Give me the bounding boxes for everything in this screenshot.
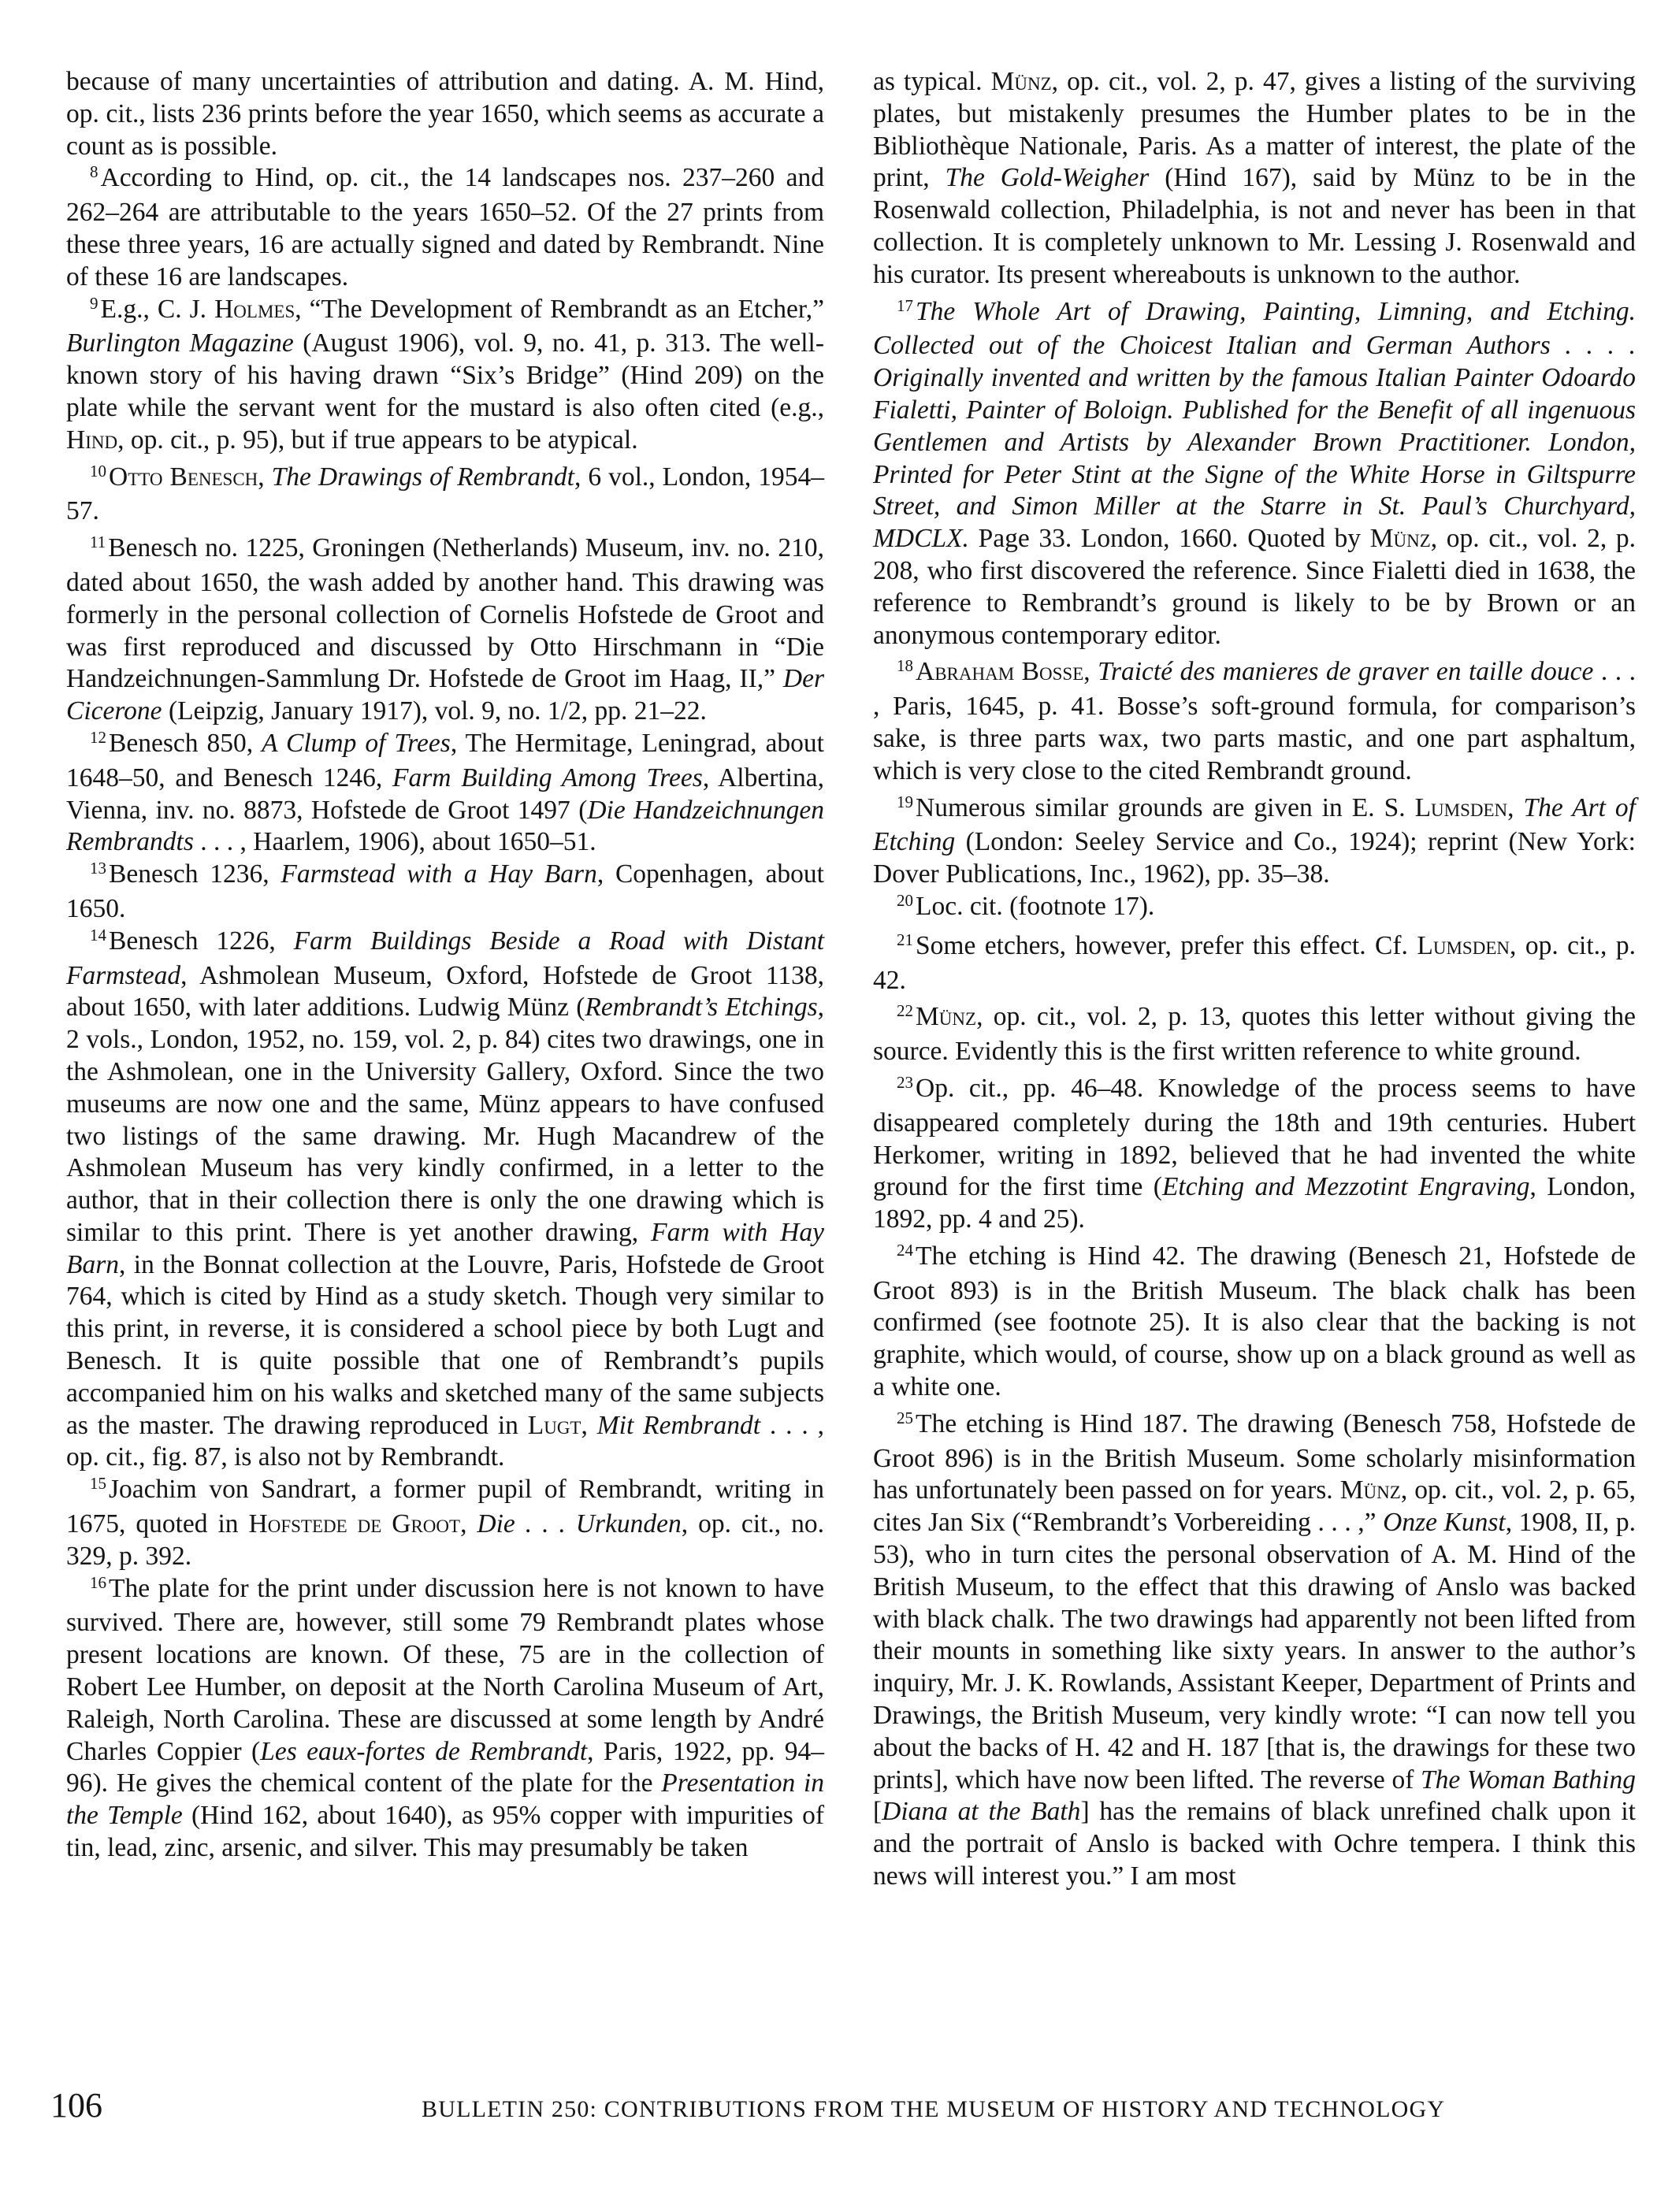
author-name: Hofstede de Groot (249, 1509, 461, 1538)
text-run: According to Hind, op. cit., the 14 land… (66, 163, 824, 291)
text-run: , (581, 1411, 596, 1440)
footnote-24: 24The etching is Hind 42. The drawing (B… (873, 1241, 1636, 1404)
author-name: Abraham Bosse (916, 657, 1083, 686)
continuation-paragraph: because of many uncertainties of attribu… (66, 66, 824, 162)
text-run: Loc. cit. (footnote 17). (916, 892, 1154, 921)
text-run: . . . , Haarlem, 1906), about 1650–51. (194, 827, 596, 856)
footnote-number: 14 (90, 926, 106, 945)
text-run: Benesch 1226, (109, 926, 294, 956)
footnote-number: 12 (90, 728, 106, 747)
text-run: [ (873, 1797, 882, 1826)
italic-title: Die . . . Urkunden (477, 1509, 681, 1538)
author-name: Lumsden (1417, 931, 1510, 960)
footnote-22: 22Münz, op. cit., vol. 2, p. 13, quotes … (873, 1001, 1636, 1068)
footnote-17: 17The Whole Art of Drawing, Painting, Li… (873, 296, 1636, 652)
footnote-number: 15 (90, 1474, 106, 1493)
italic-title: The Gold-Weigher (946, 163, 1150, 192)
footnote-number: 18 (897, 656, 913, 675)
italic-title: Les eaux-fortes de Rembrandt (260, 1737, 587, 1766)
footnote-10: 10Otto Benesch, The Drawings of Rembrand… (66, 462, 824, 529)
footnote-number: 16 (90, 1573, 106, 1592)
author-name: Lugt (528, 1411, 581, 1440)
italic-title: Mit Rembrandt (597, 1411, 760, 1440)
italic-title: Diana at the Bath (882, 1797, 1080, 1826)
text-run: , 1908, II, p. 53), who in turn cites th… (873, 1508, 1636, 1794)
italic-title: Farm Building Among Trees (392, 763, 703, 792)
author-name: Münz (916, 1002, 976, 1031)
footnote-number: 22 (897, 1001, 913, 1020)
italic-title: A Clump of Trees (262, 729, 451, 758)
text-run: (Leipzig, January 1917), vol. 9, no. 1/2… (162, 696, 707, 726)
italic-title: Rembrandt’s Etchings (585, 993, 817, 1022)
footnote-18: 18Abraham Bosse, Traicté des manieres de… (873, 656, 1636, 787)
author-name: Otto Benesch (109, 462, 258, 492)
text-run: Numerous similar grounds are given in E.… (916, 793, 1415, 822)
footnote-14: 14Benesch 1226, Farm Buildings Beside a … (66, 926, 824, 1475)
text-run: , (460, 1509, 477, 1538)
text-run: (London: Seeley Service and Co., 1924); … (873, 827, 1636, 889)
footnote-13: 13Benesch 1236, Farmstead with a Hay Bar… (66, 859, 824, 926)
text-run: as typical. (873, 67, 991, 96)
italic-title: Onze Kunst (1383, 1508, 1506, 1537)
italic-title: Farmstead with a Hay Barn (281, 859, 596, 889)
italic-title: Traicté des manieres de graver en taille… (1098, 657, 1593, 686)
text-run: , (1083, 657, 1098, 686)
italic-title: The Drawings of Rembrandt (272, 462, 574, 492)
footnote-number: 21 (897, 930, 913, 949)
text-run: Benesch 850, (109, 729, 262, 758)
footnote-number: 24 (897, 1241, 913, 1260)
author-name: Lumsden (1415, 793, 1508, 822)
text-run: , (258, 462, 271, 492)
footnote-11: 11Benesch no. 1225, Groningen (Netherlan… (66, 533, 824, 728)
text-run: E.g., C. J. (101, 295, 215, 324)
footnote-number: 20 (897, 891, 913, 910)
footnote-23: 23Op. cit., pp. 46–48. Knowledge of the … (873, 1073, 1636, 1236)
author-name: Münz (1340, 1475, 1401, 1505)
footnote-number: 10 (90, 462, 106, 481)
footnote-number: 23 (897, 1073, 913, 1092)
author-name: Hind (66, 425, 117, 455)
right-column: as typical. Münz, op. cit., vol. 2, p. 4… (873, 66, 1636, 1893)
text-run: Benesch no. 1225, Groningen (Netherlands… (66, 533, 824, 693)
footnote-25: 25The etching is Hind 187. The drawing (… (873, 1408, 1636, 1893)
footnote-16: 16The plate for the print under discussi… (66, 1573, 824, 1865)
footnote-number: 13 (90, 859, 106, 878)
italic-title: Etching and Mezzotint Engraving (1162, 1172, 1530, 1201)
continuation-paragraph: as typical. Münz, op. cit., vol. 2, p. 4… (873, 66, 1636, 291)
italic-title: Burlington Magazine (66, 328, 294, 358)
author-name: Münz (991, 67, 1052, 96)
text-run: The etching is Hind 42. The drawing (Ben… (873, 1241, 1636, 1401)
footnote-8: 8According to Hind, op. cit., the 14 lan… (66, 162, 824, 293)
running-footer-title: BULLETIN 250: CONTRIBUTIONS FROM THE MUS… (422, 2094, 1445, 2125)
text-run: , op. cit., p. 95), but if true appears … (117, 425, 638, 455)
footnote-12: 12Benesch 850, A Clump of Trees, The Her… (66, 728, 824, 859)
footnote-number: 19 (897, 792, 913, 811)
author-name: Holmes (214, 295, 295, 324)
italic-title: The Whole Art of Drawing, Painting, Limn… (873, 297, 1636, 554)
footnote-21: 21Some etchers, however, prefer this eff… (873, 930, 1636, 997)
text-run: , op. cit., vol. 2, p. 13, quotes this l… (873, 1002, 1636, 1066)
text-run: Page 33. London, 1660. Quoted by (969, 524, 1370, 553)
text-run: Some etchers, however, prefer this effec… (916, 931, 1417, 960)
footnote-19: 19Numerous similar grounds are given in … (873, 792, 1636, 891)
footnote-number: 9 (90, 294, 98, 313)
footnote-list-left: 8According to Hind, op. cit., the 14 lan… (66, 162, 824, 1864)
footnote-number: 8 (90, 162, 98, 181)
text-run: Benesch 1236, (109, 859, 281, 889)
author-name: Münz (1370, 524, 1431, 553)
italic-title: The Woman Bathing (1421, 1765, 1636, 1794)
footnote-number: 25 (897, 1408, 913, 1427)
footnote-list-right: 17The Whole Art of Drawing, Painting, Li… (873, 296, 1636, 1893)
text-run: , (1507, 793, 1523, 822)
text-run: , “The Development of Rembrandt as an Et… (295, 295, 824, 324)
page-footer: 106 BULLETIN 250: CONTRIBUTIONS FROM THE… (0, 2086, 1657, 2125)
footnote-9: 9E.g., C. J. Holmes, “The Development of… (66, 294, 824, 457)
footnote-number: 11 (90, 533, 106, 551)
footnote-15: 15Joachim von Sandrart, a former pupil o… (66, 1474, 824, 1572)
footnote-20: 20Loc. cit. (footnote 17). (873, 891, 1636, 926)
text-run: , 2 vols., London, 1952, no. 159, vol. 2… (66, 993, 824, 1247)
page-number: 106 (50, 2086, 102, 2125)
left-column: because of many uncertainties of attribu… (66, 66, 824, 1865)
footnote-number: 17 (897, 296, 913, 315)
